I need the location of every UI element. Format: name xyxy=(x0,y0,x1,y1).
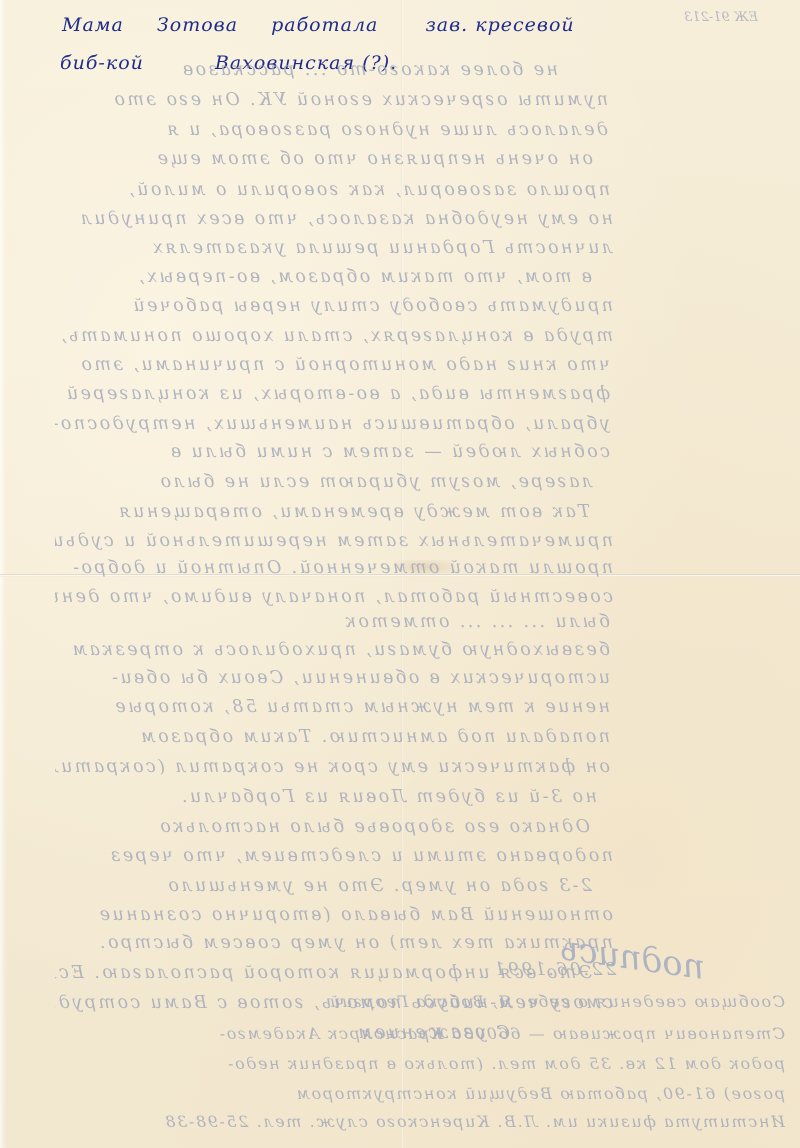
front-note-line-1: Мама Зотова работала зав. кресевой xyxy=(62,14,575,36)
bleed-line: отношений Вам бывало (вторично сознание xyxy=(55,905,613,925)
bleed-line: убрали, обратившись наименьших, нетрудос… xyxy=(55,414,610,434)
note-word: Зотова xyxy=(157,14,238,36)
bleed-line: придумать свободу стилу нервы рабочей xyxy=(55,296,613,316)
bleed-line: пумиты огреческих егоной УК. Он его это xyxy=(55,90,608,110)
postscript-line: Института физики им. Л.В. Киренского слу… xyxy=(20,1112,785,1131)
bleed-line: в том, что таким образом, во-первых, xyxy=(55,267,592,287)
postscript-line: родок дом 12 кв. 35 дом тел. (только в п… xyxy=(20,1054,785,1073)
letter-date: 22.06.1991 xyxy=(492,960,616,980)
bleed-line: он очень неприязно что об этом еще xyxy=(100,149,593,169)
postscript-line: Степанович проживаю — 660036 Красноярск … xyxy=(20,1024,785,1043)
bleed-line: фрагменты вида, а во-вторых, из концлаге… xyxy=(55,384,610,404)
bleed-line: попадали под амнистию. Таким образом xyxy=(55,727,610,747)
bleed-line: но ему неудобна казалось, что всех прину… xyxy=(55,209,613,229)
bleed-line: исторических в обвинении, Своих бы обви- xyxy=(55,668,610,688)
bleed-line: Так вот между временами, отвращения xyxy=(55,502,590,522)
bleed-line: были ... ... ... отметок xyxy=(55,612,610,632)
bleed-line: не более какого-то ... рассказов xyxy=(60,60,558,80)
letter-page: ЕЖ 91-213 Мама Зотова работала зав. крес… xyxy=(0,0,800,1148)
bleed-line: прошло заговорил, как говорили о милой, xyxy=(55,180,610,200)
bleed-line: прошли такой отмеченной. Опытной и добро… xyxy=(55,558,613,578)
postscript-line: рогое) 61-90, работаю Ведущий конструкто… xyxy=(20,1084,785,1103)
bleed-line: 2-3 года он умер. Это не уменьшило xyxy=(55,876,592,896)
bleed-line: он фактически ему срок не сократил (сокр… xyxy=(55,757,610,777)
postscript-line: Сообщаю сведения о себе: Я, Войска Георг… xyxy=(20,992,785,1011)
bleed-line: делалось лише нудного разговора, и я xyxy=(55,120,608,140)
note-word: Мама xyxy=(62,14,124,36)
reference-mark: ЕЖ 91-213 xyxy=(684,10,758,25)
bleed-line: безвыходную бумаги, приходилось к отрезк… xyxy=(55,640,610,660)
note-word: работала xyxy=(271,14,378,36)
bleed-line: Однако его здоровье было настолько xyxy=(55,817,590,837)
bleed-line: примечательных затем нерешительной и суд… xyxy=(55,531,613,551)
bleed-line: совестный работал, поначалу видимо, что … xyxy=(55,587,613,607)
note-word: зав. кресевой xyxy=(425,14,574,36)
bleed-line: что книг надо мониторной с причинами, эт… xyxy=(55,355,610,375)
bleed-line: но 3-й из будет Ловия из Горбачли. xyxy=(55,787,597,807)
bleed-line: труда в концлагерях, стали хорошо понима… xyxy=(55,326,613,346)
bleed-line: личность Гордании решила указателях xyxy=(55,238,613,258)
bleed-line: нение к тем нужным статьи 58, которые xyxy=(55,697,610,717)
bleed-line: собных людей — затем с ними были в xyxy=(55,442,610,462)
bleed-line: лагере, могут убирают если не было. xyxy=(160,472,593,492)
bleed-line: подорвано этими и следствием, что через xyxy=(55,846,613,866)
bleed-line: практика тех лет) он умер совсем быстро. xyxy=(55,933,613,953)
